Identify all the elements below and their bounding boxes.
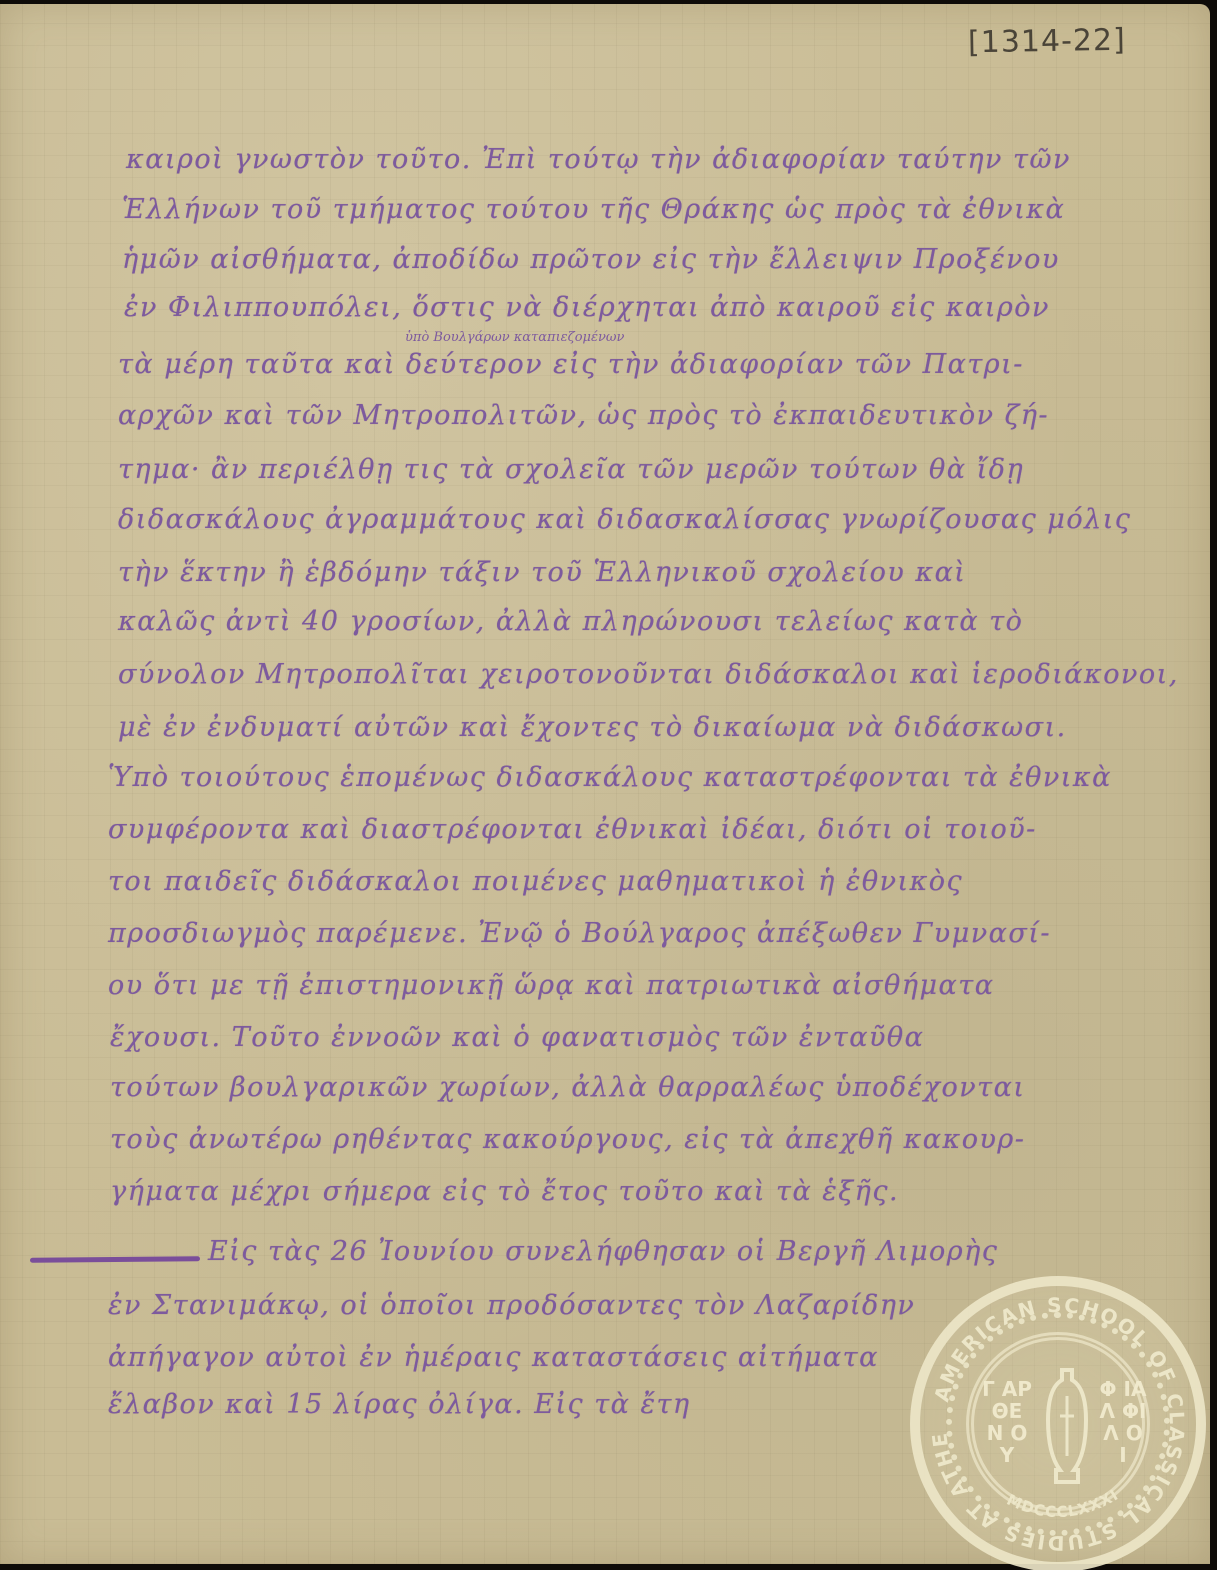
manuscript-line: Ὑπὸ τοιούτους ἑπομένως διδασκάλους κατασ… xyxy=(108,762,1112,793)
paragraph-dash xyxy=(30,1256,200,1262)
manuscript-line: Ἑλλήνων τοῦ τμήματος τούτου τῆς Θράκης ὡ… xyxy=(122,194,1065,225)
manuscript-line: διδασκάλους ἀγραμμάτους καὶ διδασκαλίσσα… xyxy=(118,504,1131,535)
seal-letters-left: Γ ΑΡ ΘΕ Ν Ο Υ xyxy=(982,1378,1032,1466)
manuscript-line: τοὺς ἀνωτέρω ρηθέντας κακούργους, εἰς τὰ… xyxy=(110,1124,1025,1155)
seal-letters-right: Φ ΙΑ Λ ΦΙ Λ Ο Ι xyxy=(1098,1378,1148,1466)
manuscript-line: τημα· ἂν περιέλθῃ τις τὰ σχολεῖα τῶν μερ… xyxy=(118,454,1024,485)
manuscript-line: ἔλαβον καὶ 15 λίρας ὀλίγα. Εἰς τὰ ἔτη xyxy=(108,1389,691,1420)
manuscript-line: καιροὶ γνωστὸν τοῦτο. Ἐπὶ τούτῳ τὴν ἀδια… xyxy=(126,144,1071,175)
manuscript-line: ἐν Στανιμάκῳ, οἱ ὁποῖοι προδόσαντες τὸν … xyxy=(108,1290,915,1321)
embossed-seal: AMERICAN SCHOOL OF CLASSICAL STUDIES AT … xyxy=(910,1276,1206,1570)
manuscript-line: γήματα μέχρι σήμερα εἰς τὸ ἔτος τοῦτο κα… xyxy=(110,1176,899,1207)
manuscript-line: τούτων βουλγαρικῶν χωρίων, ἀλλὰ θαρραλέω… xyxy=(110,1072,1025,1103)
manuscript-line: καλῶς ἀντὶ 40 γροσίων, ἀλλὰ πληρώνουσι τ… xyxy=(118,606,1023,637)
manuscript-line: ἡμῶν αἰσθήματα, ἀποδίδω πρῶτον εἰς τὴν ἔ… xyxy=(122,244,1060,275)
manuscript-line: αρχῶν καὶ τῶν Μητροπολιτῶν, ὡς πρὸς τὸ ἐ… xyxy=(118,400,1049,431)
manuscript-line: σύνολον Μητροπολῖται χειροτονοῦνται διδά… xyxy=(118,659,1179,690)
manuscript-line: προσδιωγμὸς παρέμενε. Ἐνῷ ὁ Βούλγαρος ἀπ… xyxy=(108,918,1051,949)
amphora-vase-icon xyxy=(1042,1366,1092,1486)
manuscript-line: μὲ ἐν ἐνδυματί αὐτῶν καὶ ἔχοντες τὸ δικα… xyxy=(118,712,1067,743)
manuscript-line: ἔχουσι. Τοῦτο ἐννοῶν καὶ ὁ φανατισμὸς τῶ… xyxy=(110,1022,924,1053)
manuscript-line: συμφέροντα καὶ διαστρέφονται ἐθνικαὶ ἰδέ… xyxy=(108,814,1037,845)
manuscript-page: [1314-22] καιροὶ γνωστὸν τοῦτο. Ἐπὶ τούτ… xyxy=(0,4,1210,1564)
manuscript-line: ου ὅτι με τῇ ἐπιστημονικῇ ὥρᾳ καὶ πατριω… xyxy=(108,970,994,1001)
manuscript-line: τὴν ἕκτην ἢ ἑβδόμην τάξιν τοῦ Ἑλληνικοῦ … xyxy=(118,557,966,588)
interlinear-insertion: ὑπὸ Βουλγάρων καταπιεζομένων xyxy=(405,330,624,345)
manuscript-line: τοι παιδεῖς διδάσκαλοι ποιμένες μαθηματι… xyxy=(108,866,963,897)
manuscript-line: Εἰς τὰς 26 Ἰουνίου συνελήφθησαν οἱ Βεργῆ… xyxy=(208,1236,998,1267)
manuscript-line: τὰ μέρη ταῦτα καὶ δεύτερον εἰς τὴν ἀδιαφ… xyxy=(118,349,1024,380)
manuscript-line: ἐν Φιλιππουπόλει, ὅστις νὰ διέρχηται ἀπὸ… xyxy=(124,292,1050,323)
manuscript-line: ἀπήγαγον αὐτοὶ ἐν ἡμέραις καταστάσεις αἰ… xyxy=(108,1342,879,1373)
